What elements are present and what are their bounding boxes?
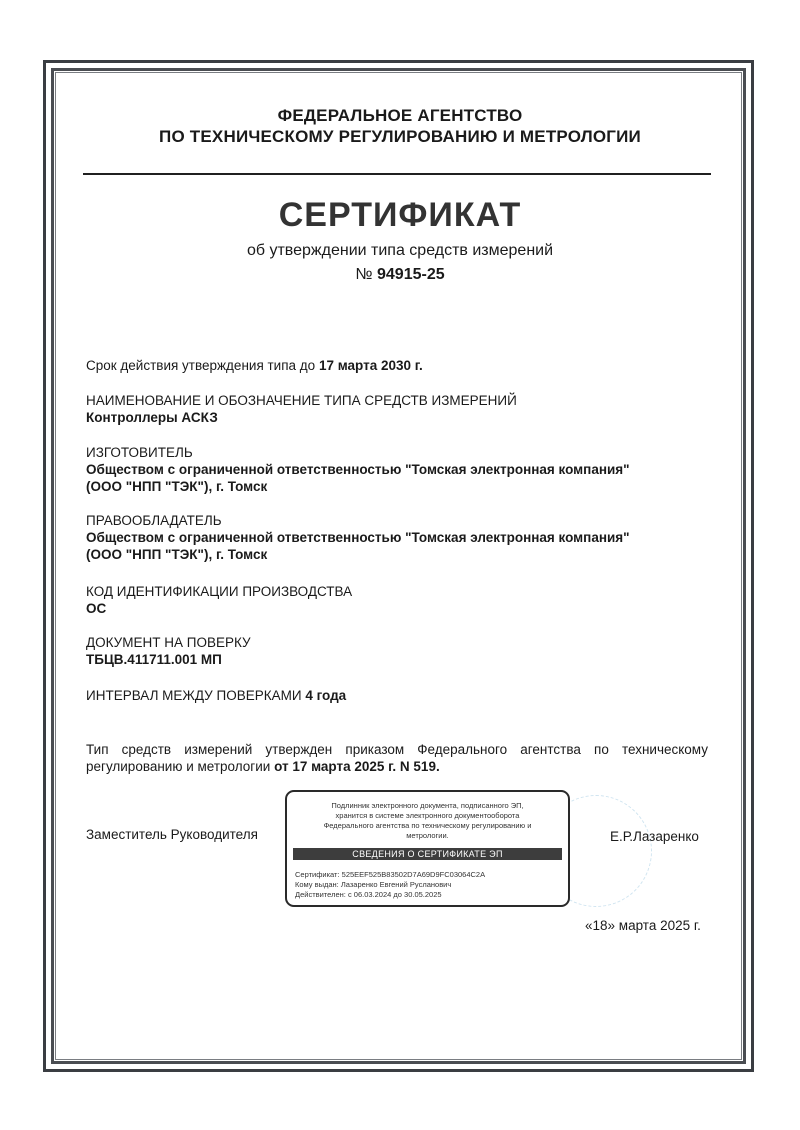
field-type-name: НАИМЕНОВАНИЕ И ОБОЗНАЧЕНИЕ ТИПА СРЕДСТВ … — [86, 392, 517, 426]
interval-value: 4 года — [305, 688, 346, 703]
field-label: ПРАВООБЛАДАТЕЛЬ — [86, 512, 630, 529]
field-label: НАИМЕНОВАНИЕ И ОБОЗНАЧЕНИЕ ТИПА СРЕДСТВ … — [86, 392, 517, 409]
certificate-id-label: Сертификат: — [295, 870, 340, 879]
field-value: (ООО "НПП "ТЭК"), г. Томск — [86, 478, 630, 495]
note-line: хранится в системе электронного документ… — [291, 811, 564, 821]
signature-date: «18» марта 2025 г. — [585, 918, 701, 933]
agency-name-line2: ПО ТЕХНИЧЕСКОМУ РЕГУЛИРОВАНИЮ И МЕТРОЛОГ… — [0, 127, 800, 147]
validity-value: 17 марта 2030 г. — [319, 358, 423, 373]
issued-to-value: Лазаренко Евгений Русланович — [341, 880, 451, 889]
certificate-number-value: 94915-25 — [377, 266, 445, 283]
signer-name: Е.Р.Лазаренко — [610, 829, 699, 844]
note-line: Федерального агентства по техническому р… — [291, 821, 564, 831]
field-value: Контроллеры АСКЗ — [86, 409, 517, 426]
field-value: Обществом с ограниченной ответственность… — [86, 529, 630, 546]
field-label: ДОКУМЕНТ НА ПОВЕРКУ — [86, 634, 251, 651]
field-value: ТБЦВ.411711.001 МП — [86, 651, 251, 668]
field-value: Обществом с ограниченной ответственность… — [86, 461, 630, 478]
approval-line2-plain: регулированию и метрологии — [86, 759, 270, 774]
field-value: (ООО "НПП "ТЭК"), г. Томск — [86, 546, 630, 563]
e-signature-details: Сертификат: 525EEF525B83502D7A69D9FC0306… — [295, 870, 485, 900]
e-signature-box: Подлинник электронного документа, подпис… — [285, 790, 570, 907]
field-production-code: КОД ИДЕНТИФИКАЦИИ ПРОИЗВОДСТВА ОС — [86, 583, 352, 617]
validity-line: Срок действия утверждения типа до 17 мар… — [86, 357, 423, 374]
field-rightholder: ПРАВООБЛАДАТЕЛЬ Обществом с ограниченной… — [86, 512, 630, 563]
validity-label: Срок действия утверждения типа до — [86, 358, 315, 373]
issued-to-label: Кому выдан: — [295, 880, 339, 889]
approval-line2: регулированию и метрологии от 17 марта 2… — [86, 758, 708, 775]
certificate-id-row: Сертификат: 525EEF525B83502D7A69D9FC0306… — [295, 870, 485, 880]
field-label: КОД ИДЕНТИФИКАЦИИ ПРОИЗВОДСТВА — [86, 583, 352, 600]
certificate-title: СЕРТИФИКАТ — [0, 196, 800, 235]
approval-text: Тип средств измерений утвержден приказом… — [86, 741, 708, 775]
valid-period-value: с 06.03.2024 до 30.05.2025 — [348, 890, 442, 899]
valid-period-row: Действителен: с 06.03.2024 до 30.05.2025 — [295, 890, 485, 900]
approval-line1: Тип средств измерений утвержден приказом… — [86, 741, 708, 758]
approval-order: от 17 марта 2025 г. N 519. — [274, 759, 440, 774]
certificate-subtitle: об утверждении типа средств измерений — [0, 242, 800, 260]
field-value: ОС — [86, 600, 352, 617]
header-divider — [83, 173, 711, 175]
interval-label: ИНТЕРВАЛ МЕЖДУ ПОВЕРКАМИ — [86, 688, 302, 703]
note-line: метрологии. — [291, 831, 564, 841]
number-sign: № — [355, 266, 372, 283]
certificate-number: № 94915-25 — [0, 266, 800, 284]
verification-interval: ИНТЕРВАЛ МЕЖДУ ПОВЕРКАМИ 4 года — [86, 687, 346, 704]
agency-name-line1: ФЕДЕРАЛЬНОЕ АГЕНТСТВО — [0, 106, 800, 126]
certificate-id-value: 525EEF525B83502D7A69D9FC03064C2A — [342, 870, 485, 879]
note-line: Подлинник электронного документа, подпис… — [291, 801, 564, 811]
e-signature-band-title: СВЕДЕНИЯ О СЕРТИФИКАТЕ ЭП — [293, 848, 562, 860]
e-signature-note: Подлинник электронного документа, подпис… — [291, 801, 564, 841]
field-manufacturer: ИЗГОТОВИТЕЛЬ Обществом с ограниченной от… — [86, 444, 630, 495]
field-label: ИЗГОТОВИТЕЛЬ — [86, 444, 630, 461]
issued-to-row: Кому выдан: Лазаренко Евгений Русланович — [295, 880, 485, 890]
field-verification-document: ДОКУМЕНТ НА ПОВЕРКУ ТБЦВ.411711.001 МП — [86, 634, 251, 668]
valid-period-label: Действителен: — [295, 890, 346, 899]
signer-position: Заместитель Руководителя — [86, 827, 258, 842]
